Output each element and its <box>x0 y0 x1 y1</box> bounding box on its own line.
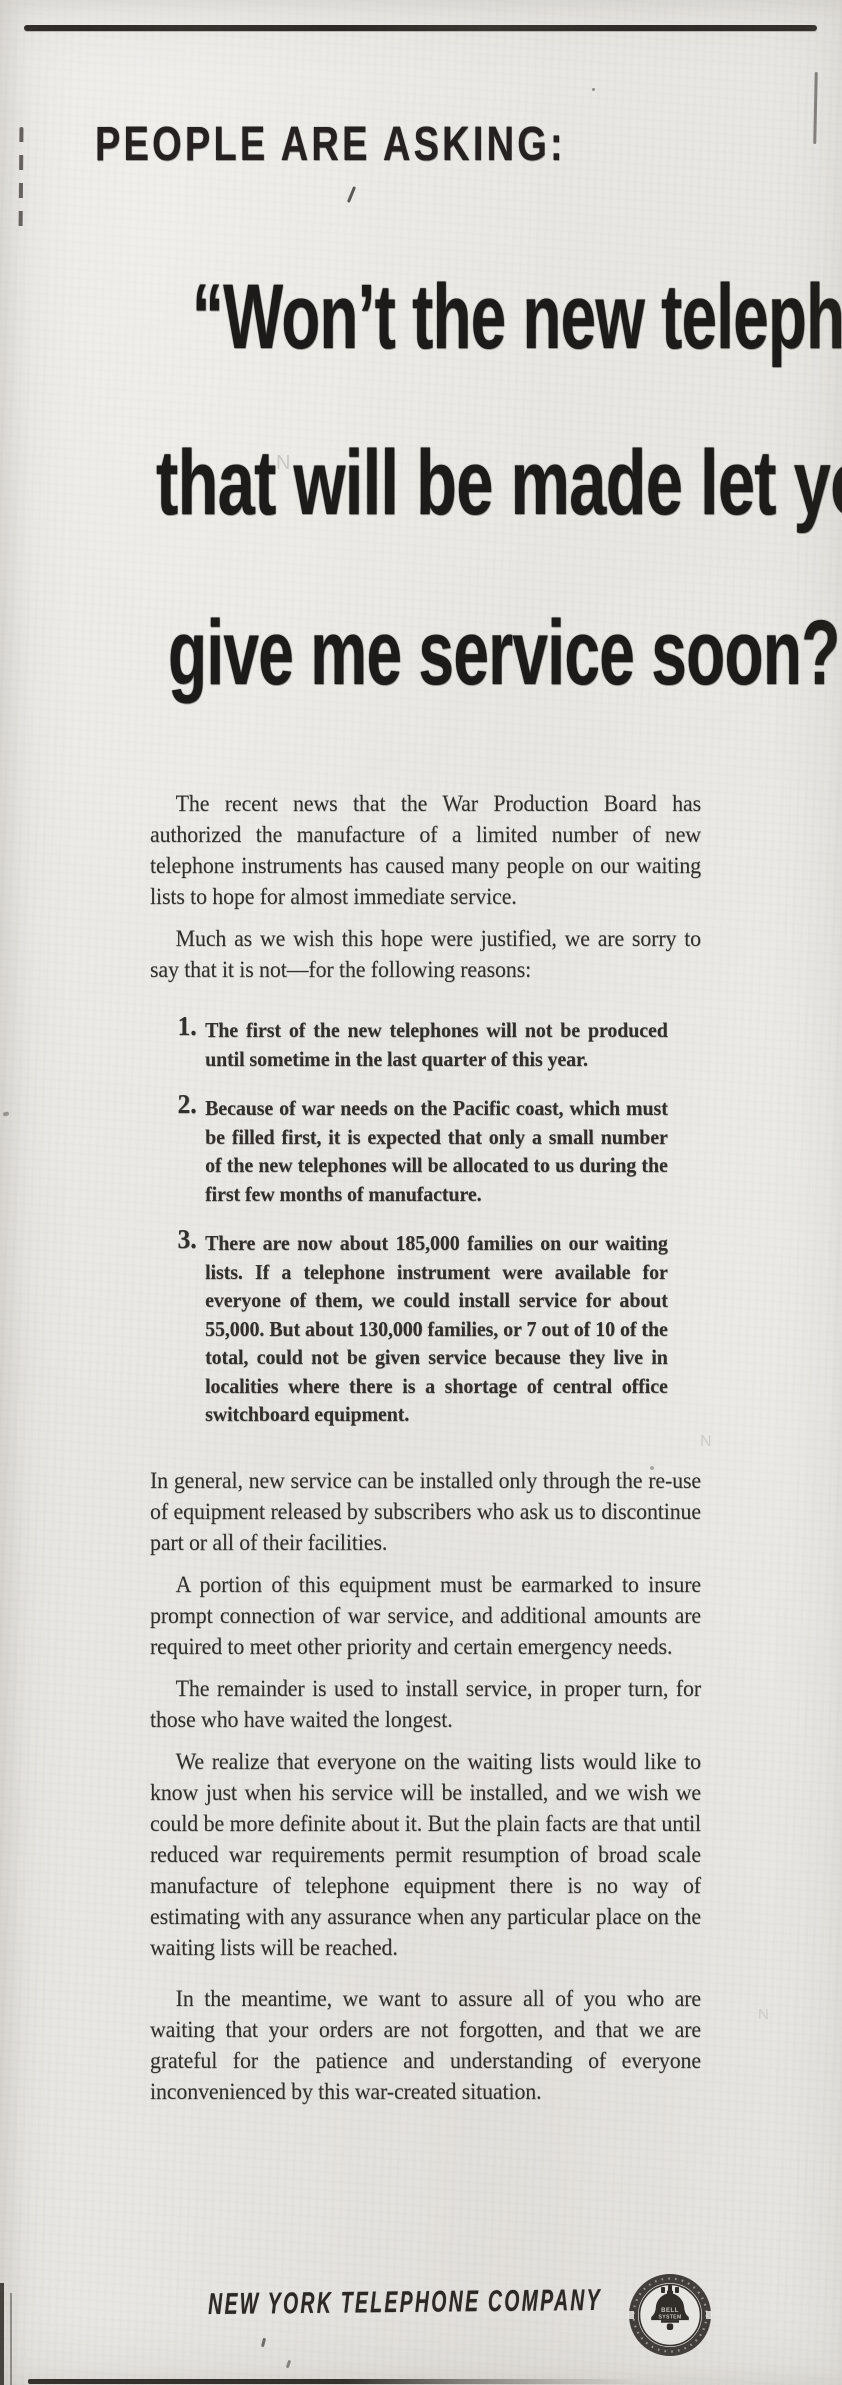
body-paragraph: The recent news that the War Production … <box>150 788 701 912</box>
scan-artifact-edge-bar <box>0 2283 4 2385</box>
body-paragraph: Much as we wish this hope were justified… <box>150 923 701 985</box>
reason-text: The first of the new telephones will not… <box>205 1018 668 1071</box>
body-paragraph: We realize that everyone on the waiting … <box>150 1746 701 1963</box>
headline-line-1: “Won’t the new telephones <box>192 271 842 363</box>
scan-artifact-right-line <box>813 72 818 144</box>
scan-artifact-speck <box>261 2338 266 2347</box>
scan-artifact-edge-bar <box>10 2293 12 2385</box>
reason-number: 1. <box>178 1013 197 1040</box>
newspaper-ad-page: PEOPLE ARE ASKING: “Won’t the new teleph… <box>0 0 842 2385</box>
kicker-row: PEOPLE ARE ASKING: <box>95 121 689 169</box>
top-rule-divider <box>24 25 817 31</box>
footer: NEW YORK TELEPHONE COMPANY <box>208 2288 815 2322</box>
reason-item: 2. Because of war needs on the Pacific c… <box>205 1094 668 1208</box>
scan-artifact-speck <box>592 88 595 91</box>
company-name: NEW YORK TELEPHONE COMPANY <box>208 2284 602 2322</box>
headline: give me service soon?” <box>14 607 834 699</box>
headline-line-3: give me service soon?” <box>168 607 842 699</box>
scan-artifact-slash <box>347 186 356 203</box>
scan-artifact-speck <box>286 2360 291 2368</box>
scan-artifact-ghost: N <box>700 1433 712 1451</box>
reason-item: 1. The first of the new telephones will … <box>205 1016 668 1073</box>
body-paragraph: In general, new service can be installed… <box>150 1465 701 1558</box>
headline-line-2: that will be made let you <box>156 437 842 529</box>
reasons-list: 1. The first of the new telephones will … <box>150 1016 701 1429</box>
reason-number: 2. <box>178 1091 197 1118</box>
headline: “Won’t the new telephones <box>14 271 834 363</box>
body-paragraph: In the meantime, we want to assure all o… <box>150 1974 701 2107</box>
scan-artifact-speck <box>3 1111 10 1116</box>
headline: that will be made let you <box>14 437 834 529</box>
body-paragraph: The remainder is used to install service… <box>150 1673 701 1735</box>
scan-artifact-left-dashes <box>19 127 24 237</box>
reason-item: 3. There are now about 185,000 families … <box>205 1229 668 1429</box>
scan-artifact-ghost: N <box>758 2006 769 2023</box>
body-copy: The recent news that the War Production … <box>150 788 701 2118</box>
body-paragraph: A portion of this equipment must be earm… <box>150 1569 701 1662</box>
bell-system-logo-icon: BELL SYSTEM <box>628 2268 712 2362</box>
bell-logo-text-line1: BELL <box>661 2308 679 2314</box>
kicker-text: PEOPLE ARE ASKING: <box>95 121 566 169</box>
bell-logo-text-line2: SYSTEM <box>658 2315 681 2321</box>
reason-text: Because of war needs on the Pacific coas… <box>205 1096 668 1206</box>
reason-text: There are now about 185,000 families on … <box>205 1231 668 1426</box>
reason-number: 3. <box>178 1226 197 1253</box>
bottom-rule-divider <box>28 2379 638 2384</box>
